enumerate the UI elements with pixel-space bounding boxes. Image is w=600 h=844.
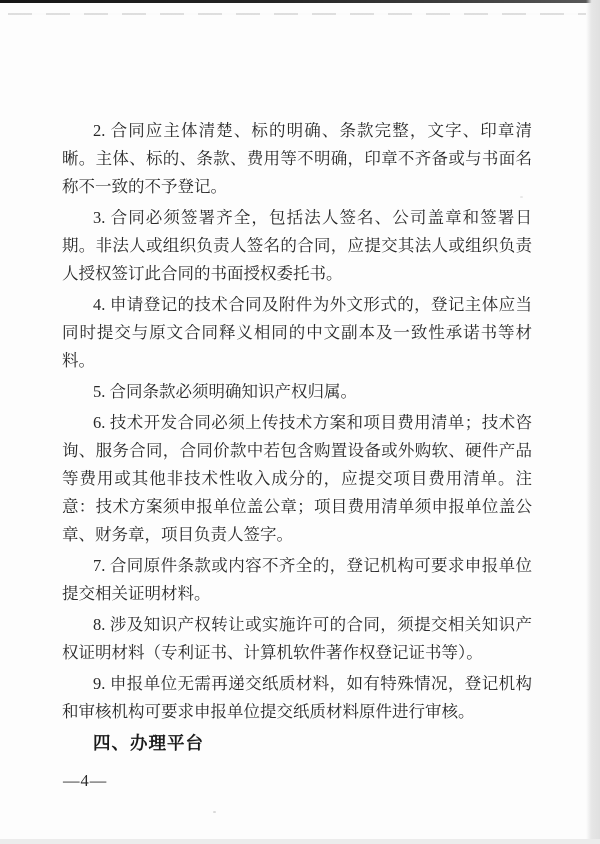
list-item-2: 2. 合同应主体清楚、标的明确、条款完整，文字、印章清晰。主体、标的、条款、费用… [62, 117, 532, 201]
list-item-5: 5. 合同条款必须明确知识产权归属。 [62, 378, 532, 406]
scan-speck [213, 811, 216, 813]
scan-edge-bottom [0, 839, 600, 844]
list-item-7: 7. 合同原件条款或内容不齐全的，登记机构可要求申报单位提交相关证明材料。 [62, 552, 532, 608]
scan-edge-top [0, 0, 600, 3]
scan-artifact-dashed-line [8, 13, 586, 15]
list-item-9: 9. 申报单位无需再递交纸质材料，如有特殊情况，登记机构和审核机构可要求申报单位… [62, 670, 532, 726]
list-item-6: 6. 技术开发合同必须上传技术方案和项目费用清单；技术咨询、服务合同，合同价款中… [62, 409, 532, 549]
section-heading: 四、办理平台 [62, 729, 532, 757]
scanned-document-page: 2. 合同应主体清楚、标的明确、条款完整，文字、印章清晰。主体、标的、条款、费用… [0, 0, 600, 844]
list-item-3: 3. 合同必须签署齐全，包括法人签名、公司盖章和签署日期。非法人或组织负责人签名… [62, 204, 532, 288]
scan-speck [520, 196, 523, 198]
document-body: 2. 合同应主体清楚、标的明确、条款完整，文字、印章清晰。主体、标的、条款、费用… [62, 117, 532, 757]
scan-edge-right [586, 0, 600, 844]
page-number: —4— [63, 768, 107, 794]
list-item-4: 4. 申请登记的技术合同及附件为外文形式的，登记主体应当同时提交与原文合同释义相… [62, 291, 532, 375]
list-item-8: 8. 涉及知识产权转让或实施许可的合同，须提交相关知识产权证明材料（专利证书、计… [62, 611, 532, 667]
